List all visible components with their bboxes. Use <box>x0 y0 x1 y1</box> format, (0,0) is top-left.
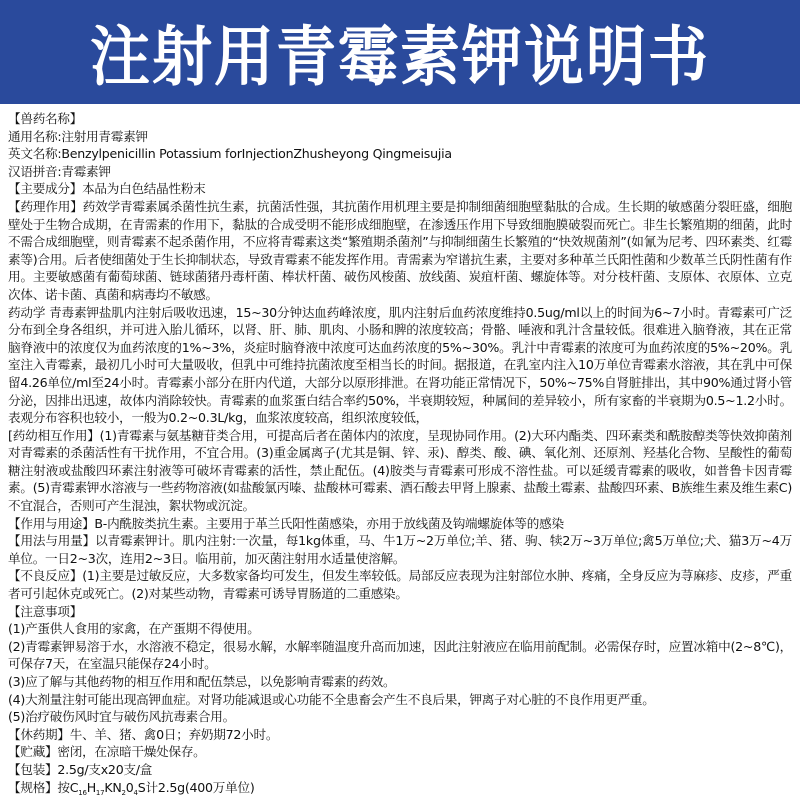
section-heading: 【贮藏】 <box>8 744 57 759</box>
section-text: 牛、羊、猪、禽0日；弃奶期72小时。 <box>70 727 278 742</box>
precaution-item: (1)产蛋供人食用的家禽，在产蛋期不得使用。 <box>8 620 792 638</box>
section-vet-name: 【兽药名称】 通用名称:注射用青霉素钾 英文名称:Benzylpenicilli… <box>8 110 792 180</box>
section-pharmacology: 【药理作用】药效学青霉素属杀菌性抗生素，抗菌活性强，其抗菌作用机理主要是抑制细菌… <box>8 198 792 304</box>
section-text: 以青霉素钾计。肌内注射:一次量，每1kg体重，马、牛1万~2万单位;羊、猪、驹、… <box>8 533 792 566</box>
section-text: 密闭，在凉暗干燥处保存。 <box>57 744 205 759</box>
precaution-item: (5)治疗破伤风时宜与破伤风抗毒素合用。 <box>8 708 792 726</box>
spec-suffix: 计2.5g(400万单位) <box>145 780 254 795</box>
pinyin-name: 汉语拼音:青霉素钾 <box>8 163 792 181</box>
leaflet-body: 【兽药名称】 通用名称:注射用青霉素钾 英文名称:Benzylpenicilli… <box>0 104 800 796</box>
section-precautions: 【注意事项】 (1)产蛋供人食用的家禽，在产蛋期不得使用。 (2)青霉素钾易溶于… <box>8 603 792 726</box>
page-title: 注射用青霉素钾说明书 <box>90 6 710 99</box>
pharmacokinetics-text: 药动学 青毒素钾盐肌内注射后吸收迅速，15~30分钟达血药峰浓度，肌内注射后血药… <box>8 304 792 427</box>
section-dosage: 【用法与用量】以青霉素钾计。肌内注射:一次量，每1kg体重，马、牛1万~2万单位… <box>8 532 792 567</box>
section-text: 2.5g/支x20支/盒 <box>57 762 152 777</box>
section-heading: 【药理作用】 <box>8 199 83 214</box>
title-banner: 注射用青霉素钾说明书 <box>0 0 800 104</box>
section-adverse-reactions: 【不良反应】(1)主要是过敏反应，大多数家备均可发生，但发生率较低。局部反应表现… <box>8 567 792 602</box>
section-heading: [药幼相互作用】 <box>8 428 100 443</box>
section-heading: 【注意事项】 <box>8 603 792 621</box>
section-text: B-内酰胺类抗生素。主要用于革兰氏阳性菌感染，亦用于放线菌及钩端螺旋体等的感染 <box>94 516 563 531</box>
section-heading: 【主要成分】 <box>8 181 82 196</box>
section-text: (1)青霉素与氨基糖苷类合用，可提高后者在菌体内的浓度，呈现协同作用。(2)大环… <box>8 428 792 513</box>
section-heading: 【作用与用途】 <box>8 516 94 531</box>
section-package: 【包装】2.5g/支x20支/盒 <box>8 761 792 779</box>
section-heading: 【不良反应】 <box>8 568 82 583</box>
precaution-item: (3)应了解与其他药物的相互作用和配伍禁忌，以免影响青霉素的药效。 <box>8 673 792 691</box>
section-heading: 【休药期】 <box>8 727 70 742</box>
precaution-item: (4)大剂量注射可能出现高钾血症。对肾功能减退或心功能不全患畜会产生不良后果，钾… <box>8 691 792 709</box>
section-indications: 【作用与用途】B-内酰胺类抗生素。主要用于革兰氏阳性菌感染，亦用于放线菌及钩端螺… <box>8 515 792 533</box>
section-text: 本品为白色结晶性粉末 <box>82 181 205 196</box>
section-ingredients: 【主要成分】本品为白色结晶性粉末 <box>8 180 792 198</box>
section-heading: 【规格】 <box>8 780 57 795</box>
section-spec: 【规格】按C16H17KN204S计2.5g(400万单位) <box>8 779 792 797</box>
section-text: (1)主要是过敏反应，大多数家备均可发生，但发生率较低。局部反应表现为注射部位水… <box>8 568 792 601</box>
section-storage: 【贮藏】密闭，在凉暗干燥处保存。 <box>8 743 792 761</box>
pharmacodynamics-text: 药效学青霉素属杀菌性抗生素，抗菌活性强，其抗菌作用机理主要是抑制细菌细胞壁黏肽的… <box>8 199 792 302</box>
section-heading: 【兽药名称】 <box>8 110 792 128</box>
spec-prefix: 按 <box>57 780 69 795</box>
section-withdrawal: 【休药期】牛、羊、猪、禽0日；弃奶期72小时。 <box>8 726 792 744</box>
section-heading: 【包装】 <box>8 762 57 777</box>
english-name: 英文名称:Benzylpenicillin Potassium forInjec… <box>8 145 792 163</box>
chemical-formula: C16H17KN204S <box>70 780 146 795</box>
section-interactions: [药幼相互作用】(1)青霉素与氨基糖苷类合用，可提高后者在菌体内的浓度，呈现协同… <box>8 427 792 515</box>
precaution-item: (2)青霉素钾易溶于水，水溶液不稳定，很易水解，水解率随温度升高而加速，因此注射… <box>8 638 792 673</box>
section-heading: 【用法与用量】 <box>8 533 95 548</box>
common-name: 通用名称:注射用青霉素钾 <box>8 128 792 146</box>
